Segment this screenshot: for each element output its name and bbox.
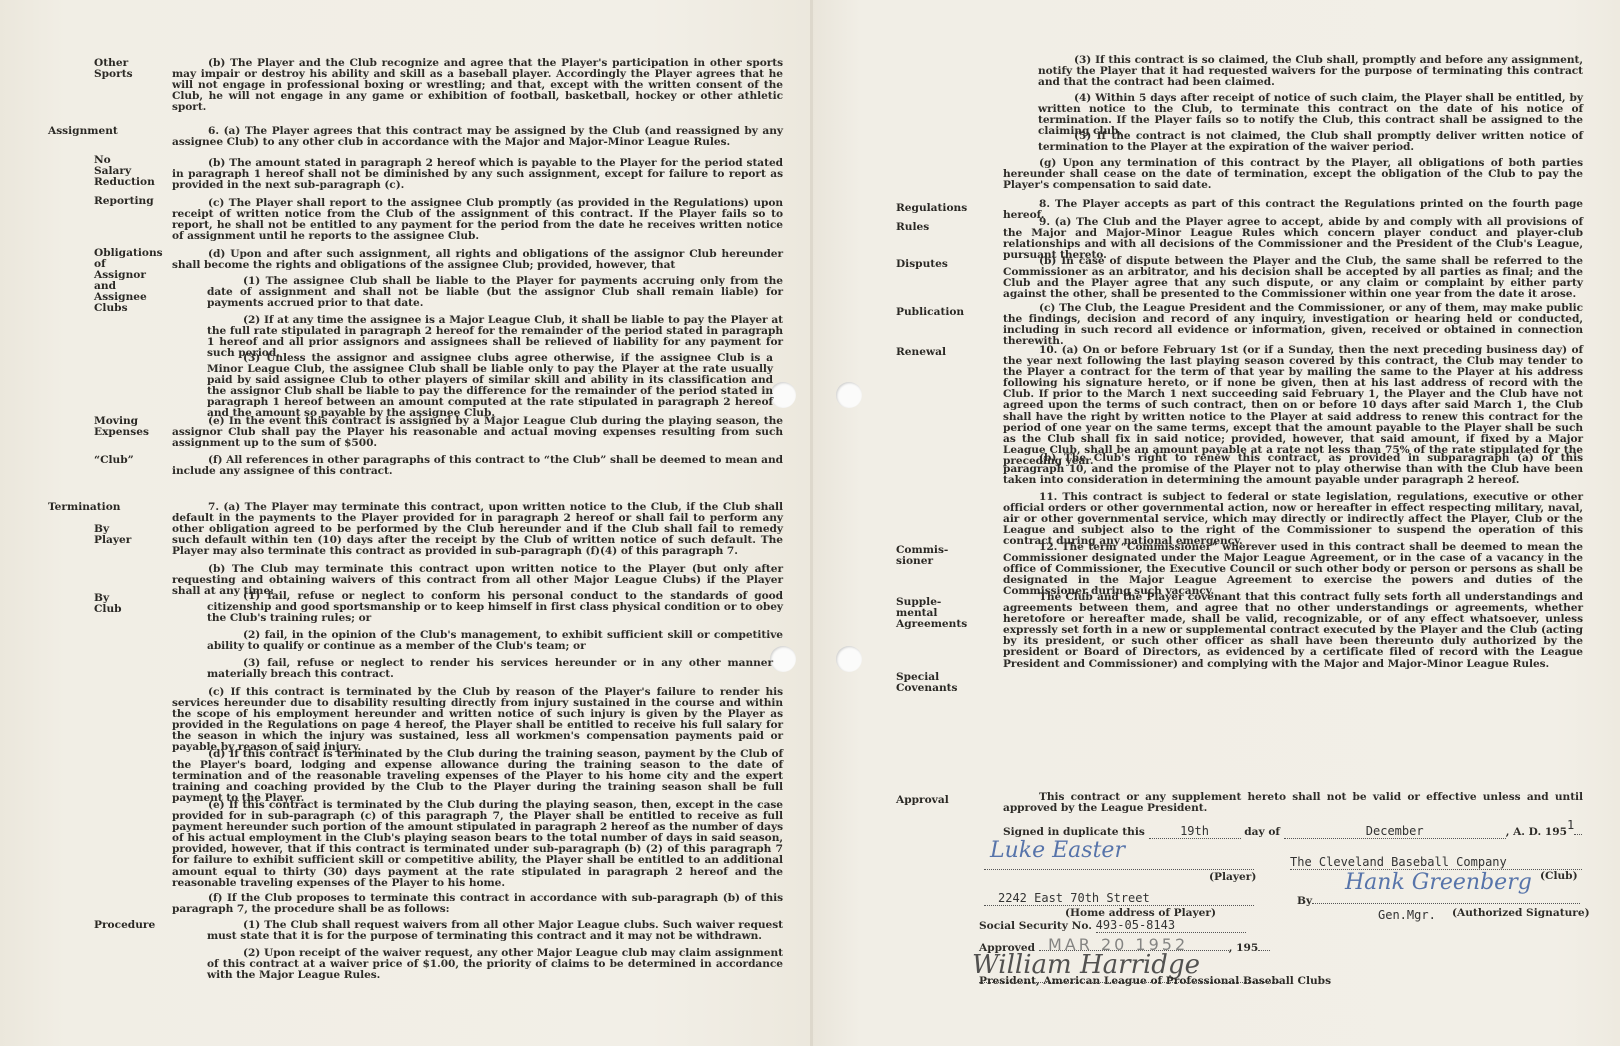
home-address-line: 2242 East 70th Street — [984, 891, 1254, 906]
paragraph-text: (e) If this contract is terminated by th… — [172, 800, 783, 889]
authorized-caption: (Authorized Signature) — [1452, 907, 1590, 919]
paragraph-text: (e) In the event this contract is assign… — [172, 416, 783, 449]
margin-label-procedure: Procedure — [94, 920, 155, 931]
paragraph-approval: This contract or any supplement hereto s… — [1003, 792, 1583, 814]
margin-label-regulations: Regulations — [896, 203, 967, 214]
margin-label-termination: Termination — [48, 502, 120, 513]
paragraph-text: (b) The amount stated in paragraph 2 her… — [172, 158, 783, 191]
home-address-value: 2242 East 70th Street — [998, 891, 1150, 905]
signed-date-line: Signed in duplicate this 19th day of Dec… — [1003, 824, 1582, 839]
president-caption: President, American League of Profession… — [979, 975, 1331, 987]
margin-label-no-salary-reduction: No Salary Reduction — [94, 155, 155, 188]
margin-label-by-club: By Club — [94, 593, 122, 615]
paragraph-text: (b) The Club's right to renew this contr… — [1003, 453, 1583, 486]
paragraph-6f: (f) All references in other paragraphs o… — [172, 455, 783, 477]
margin-label-by-player: By Player — [94, 524, 131, 546]
margin-label-assignment: Assignment — [48, 126, 118, 137]
label-line: Sports — [94, 69, 133, 80]
paragraph-text: (1) fail, refuse or neglect to conform h… — [207, 591, 783, 624]
by-label: By — [1297, 895, 1312, 907]
ssn-value: 493-05-8143 — [1096, 918, 1175, 932]
paragraph-text: 11. This contract is subject to federal … — [1003, 492, 1583, 547]
paragraph-text: (b) The Player and the Club recognize an… — [172, 58, 783, 113]
paragraph-text: 12. The term “Commissioner” wherever use… — [1003, 542, 1583, 597]
paragraph-text: (3) If this contract is so claimed, the … — [1038, 55, 1583, 88]
paragraph-text: (2) Upon receipt of the waiver request, … — [207, 948, 783, 981]
paragraph-text: (c) The Player shall report to the assig… — [172, 198, 783, 242]
margin-label-reporting: Reporting — [94, 196, 154, 207]
paragraph-6d-1: (1) The assignee Club shall be liable to… — [207, 276, 783, 309]
margin-label-publication: Publication — [896, 307, 964, 318]
paragraph-supplemental: The Club and the Player covenant that th… — [1003, 592, 1583, 670]
margin-label-disputes: Disputes — [896, 259, 948, 270]
margin-label-club: “Club” — [94, 455, 134, 466]
paragraph-7f-3: (3) If this contract is so claimed, the … — [1038, 55, 1583, 88]
margin-label-commissioner: Commis- sioner — [896, 545, 948, 567]
paragraph-12: 12. The term “Commissioner” wherever use… — [1003, 542, 1583, 597]
margin-label-other-sports: Other Sports — [94, 58, 133, 80]
label-line: Club — [94, 604, 122, 615]
paragraph-7f-5: (5) If the contract is not claimed, the … — [1038, 131, 1583, 153]
paragraph-7f-2: (2) Upon receipt of the waiver request, … — [207, 948, 783, 981]
paragraph-7b-3: (3) fail, refuse or neglect to render hi… — [207, 658, 773, 680]
month-value: December — [1366, 824, 1424, 838]
day-field[interactable]: 19th — [1149, 824, 1241, 839]
year-dots — [1574, 834, 1582, 835]
label-line: Player — [94, 535, 131, 546]
paragraph-text: (c) The Club, the League President and t… — [1003, 303, 1583, 347]
player-caption: (Player) — [1209, 871, 1256, 883]
ssn-field[interactable]: 493-05-8143 — [1096, 918, 1246, 933]
paragraph-6e: (e) In the event this contract is assign… — [172, 416, 783, 449]
paragraph-7c: (c) If this contract is terminated by th… — [172, 687, 783, 754]
approved-year-dots — [1258, 950, 1270, 951]
paragraph-text: 7. (a) The Player may terminate this con… — [172, 502, 783, 557]
punch-hole — [836, 382, 862, 408]
day-value: 19th — [1180, 824, 1209, 838]
margin-label-obligations: Obligations of Assignor and Assignee Clu… — [94, 248, 163, 315]
paragraph-text: (1) The assignee Club shall be liable to… — [207, 276, 783, 309]
club-name-field[interactable]: The Cleveland Baseball Company — [1290, 855, 1582, 870]
paragraph-6b: (b) The amount stated in paragraph 2 her… — [172, 158, 783, 191]
paragraph-text: 6. (a) The Player agrees that this contr… — [172, 126, 783, 148]
page-fold — [810, 0, 813, 1046]
paragraph-text: The Club and the Player covenant that th… — [1003, 592, 1583, 670]
margin-label-rules: Rules — [896, 222, 929, 233]
paragraph-text: (d) Upon and after such assignment, all … — [172, 249, 783, 271]
paragraph-9b: (b) In case of dispute between the Playe… — [1003, 256, 1583, 300]
paragraph-text: (c) If this contract is terminated by th… — [172, 687, 783, 754]
paragraph-text: 10. (a) On or before February 1st (or if… — [1003, 345, 1583, 467]
paragraph-9c: (c) The Club, the League President and t… — [1003, 303, 1583, 347]
paragraph-text: This contract or any supplement hereto s… — [1003, 792, 1583, 814]
paragraph-text: (d) If this contract is terminated by th… — [172, 749, 783, 804]
paragraph-7b-1: (1) fail, refuse or neglect to conform h… — [207, 591, 783, 624]
margin-label-renewal: Renewal — [896, 347, 946, 358]
paragraph-text: (g) Upon any termination of this contrac… — [1003, 158, 1583, 191]
ssn-line: Social Security No. 493-05-8143 — [979, 918, 1246, 933]
signed-prefix: Signed in duplicate this — [1003, 826, 1145, 838]
paragraph-7b-2: (2) fail, in the opinion of the Club's m… — [207, 630, 783, 652]
approved-year-suffix: , 195 — [1229, 942, 1259, 954]
paragraph-text: (3) fail, refuse or neglect to render hi… — [207, 658, 773, 680]
month-field[interactable]: December — [1284, 824, 1506, 839]
paragraph-7g: (g) Upon any termination of this contrac… — [1003, 158, 1583, 191]
label-line: Clubs — [94, 303, 163, 314]
paragraph-11: 11. This contract is subject to federal … — [1003, 492, 1583, 547]
margin-label-approval: Approval — [896, 795, 949, 806]
authorized-signature: Hank Greenberg — [1345, 870, 1532, 895]
player-signature: Luke Easter — [990, 838, 1125, 863]
paragraph-text: (f) If the Club proposes to terminate th… — [172, 893, 783, 915]
paragraph-text: (f) All references in other paragraphs o… — [172, 455, 783, 477]
label-line: Agreements — [896, 619, 967, 630]
special-covenants-field — [1003, 672, 1583, 772]
label-line: Covenants — [896, 683, 958, 694]
gen-mgr-title: Gen.Mgr. — [1378, 908, 1436, 922]
paragraph-6c: (c) The Player shall report to the assig… — [172, 198, 783, 242]
club-caption: (Club) — [1540, 870, 1578, 882]
margin-label-special-covenants: Special Covenants — [896, 672, 958, 694]
paragraph-text: (5) If the contract is not claimed, the … — [1038, 131, 1583, 153]
paragraph-6a-assignment: 6. (a) The Player agrees that this contr… — [172, 126, 783, 148]
paragraph-text: (1) The Club shall request waivers from … — [207, 920, 783, 942]
club-name-line: The Cleveland Baseball Company — [1290, 855, 1582, 870]
margin-label-moving-expenses: Moving Expenses — [94, 416, 149, 438]
ssn-label: Social Security No. — [979, 920, 1092, 932]
paragraph-7d: (d) If this contract is terminated by th… — [172, 749, 783, 804]
label-line: Expenses — [94, 427, 149, 438]
home-address-field[interactable]: 2242 East 70th Street — [984, 891, 1254, 906]
day-of-label: day of — [1244, 826, 1280, 838]
paragraph-10b: (b) The Club's right to renew this contr… — [1003, 453, 1583, 486]
label-line: sioner — [896, 556, 948, 567]
ad-label: , A. D. 195 — [1506, 826, 1567, 838]
punch-hole — [836, 646, 862, 672]
paragraph-text: (3) Unless the assignor and assignee clu… — [207, 353, 773, 420]
punch-hole — [770, 382, 796, 408]
paragraph-7a: 7. (a) The Player may terminate this con… — [172, 502, 783, 557]
paragraph-text: (2) fail, in the opinion of the Club's m… — [207, 630, 783, 652]
club-name-value: The Cleveland Baseball Company — [1290, 855, 1507, 869]
year-digit: 1 — [1567, 818, 1574, 832]
label-line: Reduction — [94, 177, 155, 188]
paragraph-10a: 10. (a) On or before February 1st (or if… — [1003, 345, 1583, 467]
paragraph-7f: (f) If the Club proposes to terminate th… — [172, 893, 783, 915]
paragraph-6d: (d) Upon and after such assignment, all … — [172, 249, 783, 271]
paragraph-5b-other-sports: (b) The Player and the Club recognize an… — [172, 58, 783, 113]
margin-label-supplemental-agreements: Supple- mental Agreements — [896, 597, 967, 630]
paragraph-text: (b) In case of dispute between the Playe… — [1003, 256, 1583, 300]
paragraph-6d-3: (3) Unless the assignor and assignee clu… — [207, 353, 773, 420]
paragraph-7e: (e) If this contract is terminated by th… — [172, 800, 783, 889]
paragraph-7f-1: (1) The Club shall request waivers from … — [207, 920, 783, 942]
